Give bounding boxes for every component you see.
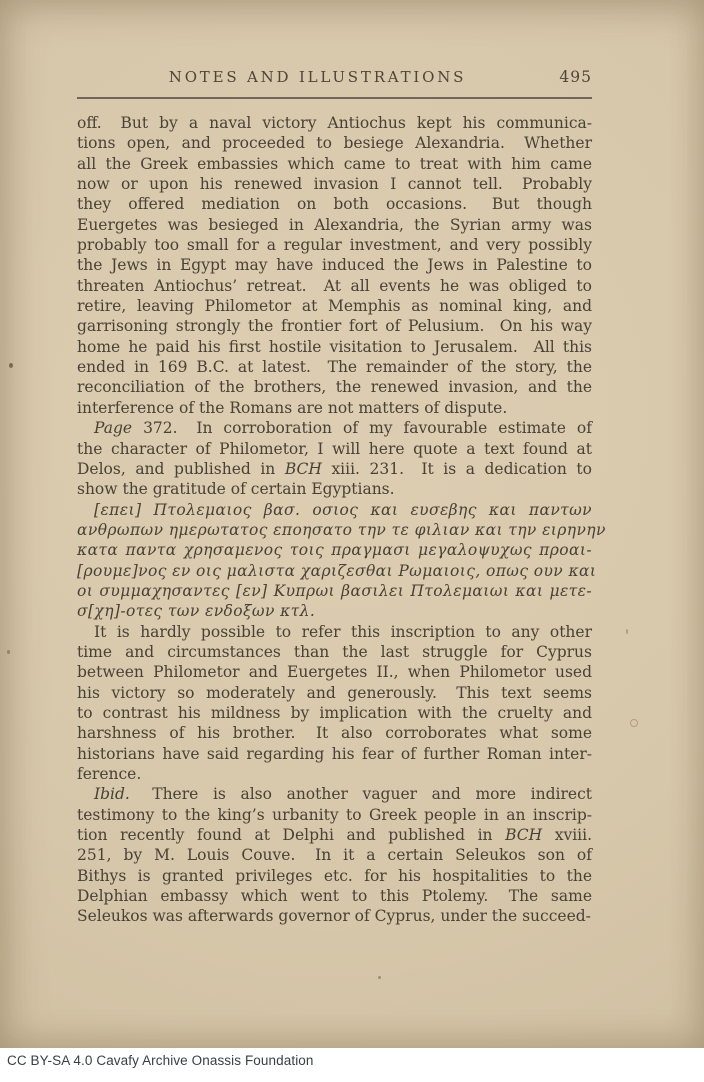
- text-line: Delphian embassy which went to this Ptol…: [77, 886, 592, 906]
- text-line: testimony to the king’s urbanity to Gree…: [77, 805, 592, 825]
- scanned-book-page: NOTES AND ILLUSTRATIONS 495 off. But by …: [0, 0, 704, 1082]
- text-line: tion recently found at Delphi and publis…: [77, 825, 592, 845]
- text-line: to contrast his mildness by implication …: [77, 703, 592, 723]
- text-line: his victory so moderately and generously…: [77, 683, 592, 703]
- text-line: Page 372. In corroboration of my favoura…: [77, 418, 592, 438]
- text-line: Euergetes was besieged in Alexandria, th…: [77, 215, 592, 235]
- scan-speck: [9, 363, 13, 368]
- greek-line: ανθρωπων ημερωτατος εποησατο την τε φιλι…: [77, 520, 592, 540]
- text-line: the Jews in Egypt may have induced the J…: [77, 255, 592, 275]
- scan-speck: [378, 976, 381, 979]
- text-line: Bithys is granted privileges etc. for hi…: [77, 866, 592, 886]
- text-line: garrisoning strongly the frontier fort o…: [77, 316, 592, 336]
- greek-line: [ρουμε]νος εν οις μαλιστα χαριζεσθαι Ρωμ…: [77, 561, 592, 581]
- text-line: show the gratitude of certain Egyptians.: [77, 479, 592, 499]
- text-line: Seleukos was afterwards governor of Cypr…: [77, 906, 592, 926]
- text-line: off. But by a naval victory Antiochus ke…: [77, 113, 592, 133]
- header-rule: [77, 97, 592, 99]
- text-line: It is hardly possible to refer this insc…: [77, 622, 592, 642]
- text-line: interference of the Romans are not matte…: [77, 398, 592, 418]
- text-line: historians have said regarding his fear …: [77, 744, 592, 764]
- scan-speck: [7, 650, 10, 654]
- text-line: tions open, and proceeded to besiege Ale…: [77, 133, 592, 153]
- text-line: now or upon his renewed invasion I canno…: [77, 174, 592, 194]
- text-line: the character of Philometor, I will here…: [77, 439, 592, 459]
- page-number: 495: [77, 68, 592, 86]
- text-line: ference.: [77, 764, 592, 784]
- text-line: Ibid. There is also another vaguer and m…: [77, 784, 592, 804]
- text-line: Delos, and published in BCH xiii. 231. I…: [77, 459, 592, 479]
- scan-speck: [626, 629, 628, 634]
- scan-speck: [630, 719, 638, 727]
- greek-line: [επει] Πτολεμαιος βασ. οσιος και ευσεβης…: [77, 500, 592, 520]
- text-line: time and circumstances than the last str…: [77, 642, 592, 662]
- text-line: probably too small for a regular investm…: [77, 235, 592, 255]
- text-block: off. But by a naval victory Antiochus ke…: [77, 113, 592, 927]
- text-line: home he paid his first hostile visitatio…: [77, 337, 592, 357]
- text-line: ended in 169 B.C. at latest. The remaind…: [77, 357, 592, 377]
- license-footer: CC BY-SA 4.0 Cavafy Archive Onassis Foun…: [0, 1048, 704, 1082]
- text-line: between Philometor and Euergetes II., wh…: [77, 662, 592, 682]
- paper-background: NOTES AND ILLUSTRATIONS 495 off. But by …: [0, 0, 704, 1048]
- text-line: they offered mediation on both occasions…: [77, 194, 592, 214]
- greek-line: οι συμμαχησαντες [εν] Κυπρωι βασιλει Πτο…: [77, 581, 592, 601]
- greek-line: κατα παντα χρησαμενος τοις πραγμασι μεγα…: [77, 540, 592, 560]
- text-line: 251, by M. Louis Couve. In it a certain …: [77, 845, 592, 865]
- text-line: harshness of his brother. It also corrob…: [77, 723, 592, 743]
- text-line: all the Greek embassies which came to tr…: [77, 154, 592, 174]
- greek-line: σ[χη]-οτες των ενδοξων κτλ.: [77, 601, 592, 621]
- text-line: reconciliation of the brothers, the rene…: [77, 377, 592, 397]
- text-line: retire, leaving Philometor at Memphis as…: [77, 296, 592, 316]
- license-text: CC BY-SA 4.0 Cavafy Archive Onassis Foun…: [7, 1053, 314, 1068]
- text-line: threaten Antiochus’ retreat. At all even…: [77, 276, 592, 296]
